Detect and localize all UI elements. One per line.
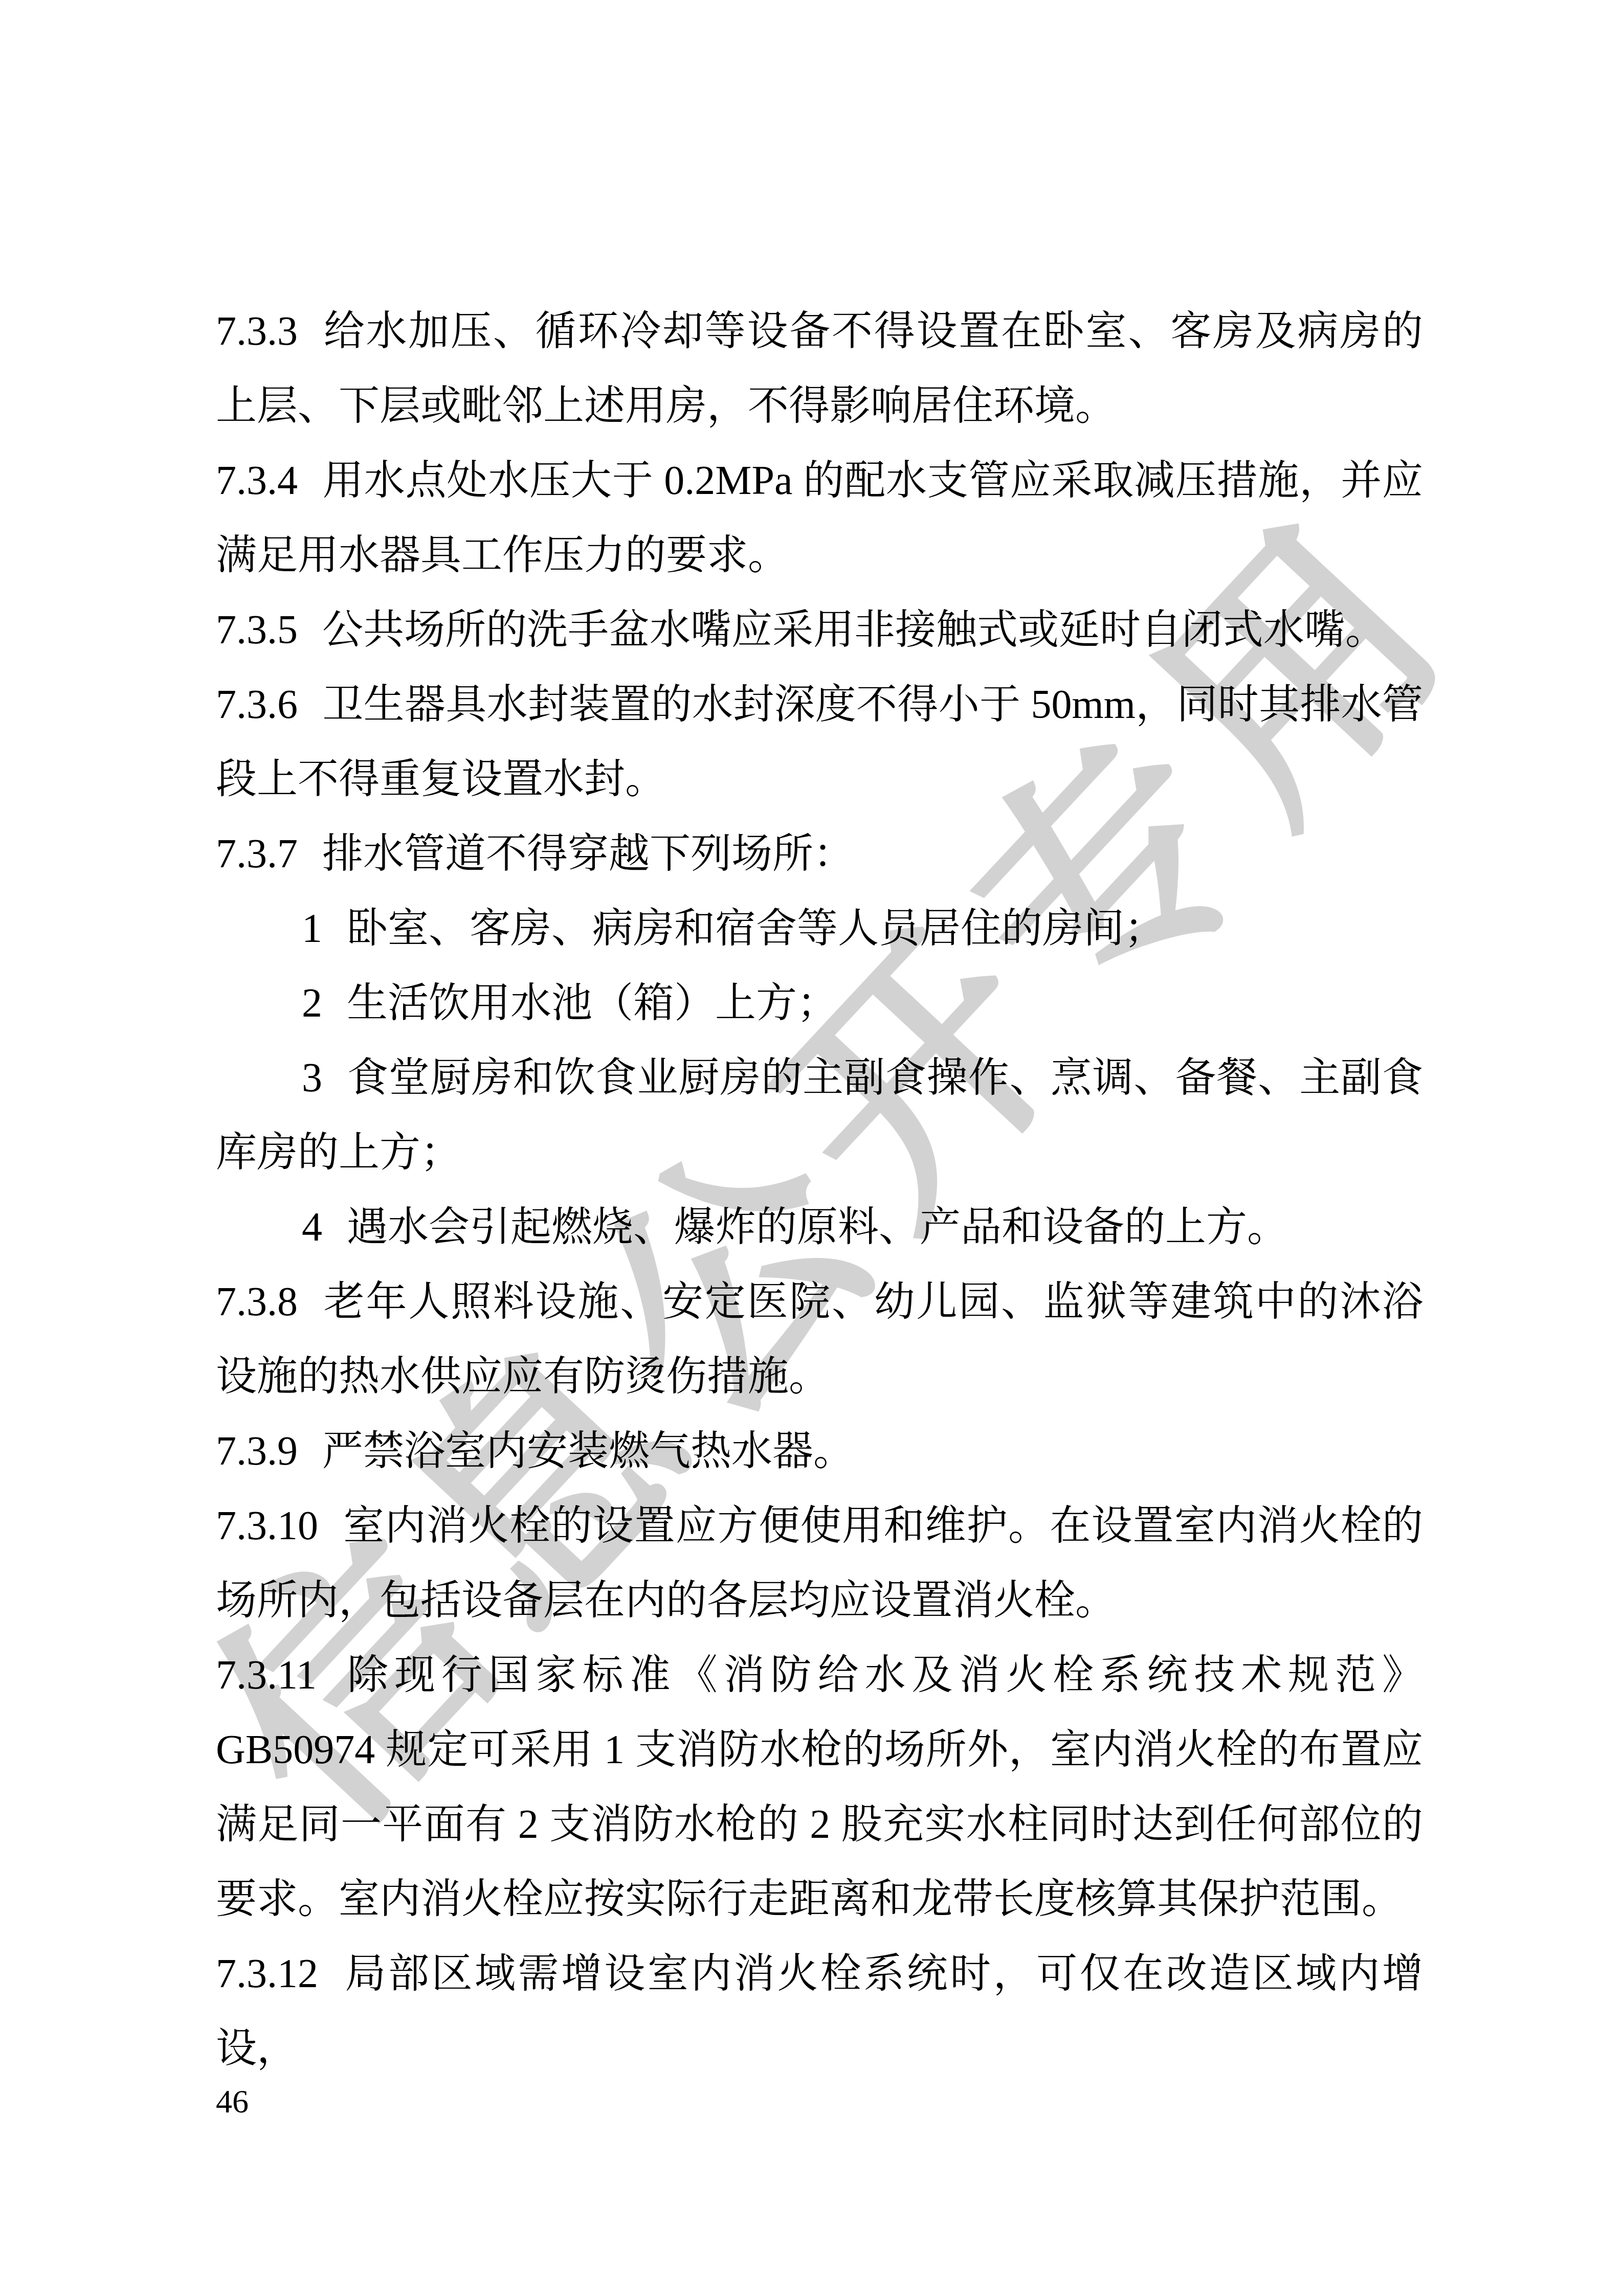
clause-7-3-11: 7.3.11除现行国家标准《消防给水及消火栓系统技术规范》GB50974 规定可… bbox=[216, 1638, 1423, 1937]
item-text: 卧室、客房、病房和宿舍等人员居住的房间； bbox=[347, 906, 1165, 951]
item-text: 食堂厨房和饮食业厨房的主副食操作、烹调、备餐、主副食库房的上方； bbox=[216, 1055, 1423, 1175]
clause-number: 7.3.8 bbox=[216, 1279, 298, 1324]
clause-text: 老年人照料设施、安定医院、幼儿园、监狱等建筑中的沐浴设施的热水供应应有防烫伤措施… bbox=[216, 1279, 1423, 1399]
clause-7-3-5: 7.3.5公共场所的洗手盆水嘴应采用非接触式或延时自闭式水嘴。 bbox=[216, 593, 1423, 667]
clause-text: 用水点处水压大于 0.2MPa 的配水支管应采取减压措施，并应满足用水器具工作压… bbox=[216, 458, 1423, 578]
clause-text: 公共场所的洗手盆水嘴应采用非接触式或延时自闭式水嘴。 bbox=[322, 607, 1386, 652]
clause-number: 7.3.6 bbox=[216, 682, 298, 727]
clause-number: 7.3.11 bbox=[216, 1653, 317, 1698]
clause-number: 7.3.12 bbox=[216, 1951, 318, 1996]
clause-text: 卫生器具水封装置的水封深度不得小于 50mm，同时其排水管段上不得重复设置水封。 bbox=[216, 682, 1423, 802]
clause-text: 给水加压、循环冷却等设备不得设置在卧室、客房及病房的上层、下层或毗邻上述用房，不… bbox=[216, 309, 1423, 429]
sub-item-4: 4遇水会引起燃烧、爆炸的原料、产品和设备的上方。 bbox=[216, 1190, 1423, 1265]
clause-7-3-12: 7.3.12局部区域需增设室内消火栓系统时，可仅在改造区域内增设， bbox=[216, 1937, 1423, 2086]
clause-number: 7.3.5 bbox=[216, 607, 298, 652]
item-number: 1 bbox=[302, 906, 322, 951]
item-text: 生活饮用水池（箱）上方； bbox=[347, 981, 838, 1026]
clause-7-3-9: 7.3.9严禁浴室内安装燃气热水器。 bbox=[216, 1414, 1423, 1489]
item-text: 遇水会引起燃烧、爆炸的原料、产品和设备的上方。 bbox=[347, 1205, 1288, 1250]
clause-text: 局部区域需增设室内消火栓系统时，可仅在改造区域内增设， bbox=[216, 1951, 1423, 2071]
item-number: 3 bbox=[302, 1055, 322, 1100]
document-page: 信息公开专用 7.3.3给水加压、循环冷却等设备不得设置在卧室、客房及病房的上层… bbox=[0, 0, 1624, 2296]
sub-item-3: 3食堂厨房和饮食业厨房的主副食操作、烹调、备餐、主副食库房的上方； bbox=[216, 1041, 1423, 1190]
clause-number: 7.3.7 bbox=[216, 831, 298, 876]
clause-7-3-6: 7.3.6卫生器具水封装置的水封深度不得小于 50mm，同时其排水管段上不得重复… bbox=[216, 667, 1423, 817]
clause-7-3-10: 7.3.10室内消火栓的设置应方便使用和维护。在设置室内消火栓的场所内，包括设备… bbox=[216, 1489, 1423, 1638]
clause-text: 排水管道不得穿越下列场所： bbox=[322, 831, 854, 876]
clause-7-3-7: 7.3.7排水管道不得穿越下列场所： bbox=[216, 817, 1423, 891]
clause-text: 室内消火栓的设置应方便使用和维护。在设置室内消火栓的场所内，包括设备层在内的各层… bbox=[216, 1503, 1423, 1623]
item-number: 2 bbox=[302, 981, 322, 1026]
page-number: 46 bbox=[216, 2085, 249, 2118]
clause-number: 7.3.10 bbox=[216, 1503, 318, 1548]
document-body: 7.3.3给水加压、循环冷却等设备不得设置在卧室、客房及病房的上层、下层或毗邻上… bbox=[216, 294, 1423, 2086]
clause-number: 7.3.3 bbox=[216, 309, 298, 354]
sub-item-2: 2生活饮用水池（箱）上方； bbox=[216, 966, 1423, 1041]
clause-text: 严禁浴室内安装燃气热水器。 bbox=[322, 1429, 854, 1474]
item-number: 4 bbox=[302, 1205, 322, 1250]
clause-7-3-3: 7.3.3给水加压、循环冷却等设备不得设置在卧室、客房及病房的上层、下层或毗邻上… bbox=[216, 294, 1423, 443]
clause-text: 除现行国家标准《消防给水及消火栓系统技术规范》GB50974 规定可采用 1 支… bbox=[216, 1653, 1423, 1922]
clause-7-3-8: 7.3.8老年人照料设施、安定医院、幼儿园、监狱等建筑中的沐浴设施的热水供应应有… bbox=[216, 1265, 1423, 1414]
clause-7-3-4: 7.3.4用水点处水压大于 0.2MPa 的配水支管应采取减压措施，并应满足用水… bbox=[216, 443, 1423, 593]
clause-number: 7.3.4 bbox=[216, 458, 298, 503]
clause-number: 7.3.9 bbox=[216, 1429, 298, 1474]
sub-item-1: 1卧室、客房、病房和宿舍等人员居住的房间； bbox=[216, 891, 1423, 966]
